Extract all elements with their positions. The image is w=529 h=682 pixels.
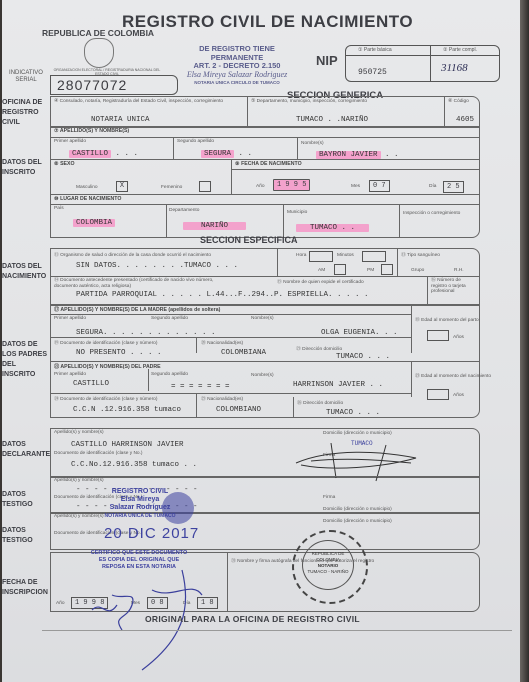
minutes-field[interactable] [362,251,386,262]
nip-compl-label: ② Parte compl. [431,46,499,56]
father-first-surname-value: CASTILLO [73,380,109,388]
nip-compl-value: 31168 [441,62,468,74]
female-label: Femenino [161,185,182,190]
document-label: ⑭ Documento antecedente presentado (cert… [54,278,224,289]
male-checkbox[interactable]: X [116,181,128,192]
stamp-line: CERTIFICO QUE ESTE DOCUMENTO [74,550,204,557]
mother-age-unit: Años [453,335,464,340]
serial-box: 28077072 [50,75,178,95]
stamp-line: REGISTRO CIVIL [80,488,200,496]
department-label: Departamento [169,208,199,213]
declarant-box: Apellido(s) y nombre(s) CASTILLO HARRINS… [50,428,480,478]
stamp-line: NOTARIA UNICA DE TUMACO [80,512,200,520]
mother-second-surname-label: Segundo apellido [151,316,188,321]
side-label-office: OFICINA DE REGISTRO CIVIL [2,98,48,128]
father-nationality-value: COLOMBIANO [216,406,261,414]
mother-names-value: OLGA EUGENIA. . . [321,329,398,337]
side-label-parents: DATOS DE LOS PADRES DEL INSCRITO [2,340,48,380]
mother-id-value: NO PRESENTO . . . . [76,349,162,357]
stamp-line: Salazar Rodríguez [80,504,200,512]
issuer-label: ⑮ Nombre de quien expide el certificado [277,278,364,285]
birth-year-value: 1 9 9 5 [273,179,310,191]
father-age-field[interactable] [427,389,449,400]
document-value: PARTIDA PARROQUIAL . . . . . L.44...F..2… [76,291,369,299]
side-label-registration-date: FECHA DE INSCRIPCION [2,578,48,598]
first-surname-value: CASTILLO . . . [69,150,138,158]
blood-type-label: ⑬ Tipo sanguíneo [401,251,440,258]
am-checkbox[interactable] [334,264,346,275]
notary-stamp-header: DE REGISTRO TIENE PERMANENTE ART. 2 - DE… [172,45,302,88]
blood-group-label: Grupo [411,268,424,273]
birth-day-label: Día [429,184,436,189]
office-type-value: NOTARIA UNICA [91,116,150,124]
office-box: ④ Consulado, notaría, Registraduría del … [50,96,480,128]
father-nationality-label: ㉕ Nacionalidad(es) [201,395,243,402]
birth-municipality-value: TUMACO . . [296,224,369,232]
witness2-address-label: Domicilio (dirección o municipio) [323,519,392,524]
serial-value: 28077072 [57,77,127,93]
stamp-line: Elsa Mireya Salazar Rodriguez [172,71,302,80]
nip-label: NIP [316,53,338,68]
second-surname-value: SEGURA . . [201,150,252,158]
blood-rh-label: R.H. [454,268,464,273]
father-names-value: HARRINSON JAVIER . . [293,381,383,389]
father-second-surname-label: Segundo apellido [151,372,188,377]
birth-day-value: 2 5 [443,181,464,193]
father-second-surname-value: = = = = = = = [171,383,230,391]
registrant-box: ⑦ APELLIDO(S) Y NOMBRE(S) Primer apellid… [50,126,480,238]
birth-department-value: NARIÑO [183,222,246,230]
mother-nationality-label: ⑳ Nacionalidad(es) [201,339,243,346]
birth-year-label: Año [256,184,265,189]
witness1-signature-label: Firma [323,495,335,500]
country-name: REPUBLICA DE COLOMBIA [42,28,154,38]
stamp-line: Elsa Mireya [80,496,200,504]
inspection-label: Inspección o corregimiento [403,211,460,216]
declarant-address-label: Domicilio (dirección o municipio) [323,431,392,436]
father-first-surname-label: Primer apellido [54,372,86,377]
office-code-label: ⑥ Código [448,99,469,104]
hour-field[interactable] [309,251,333,262]
stamp-line: NOTARIA UNICA CIRCULO DE TUMACO [172,79,302,88]
date-stamp: 20 DIC 2017 [104,525,199,542]
father-id-value: C.C.N .12.916.358 tumaco [73,406,181,414]
male-label: Masculino [76,185,98,190]
registry-civil-stamp: REGISTRO CIVIL Elsa Mireya Salazar Rodrí… [80,488,200,520]
mother-names-label: Nombre(s) [251,316,274,321]
birth-country-value: COLOMBIA [73,219,115,227]
birth-date-label: ⑨ FECHA DE NACIMIENTO [235,161,302,167]
mother-address-value: TUMACO . . . [336,353,390,361]
license-label: ⑯ Número de registro o tarjeta profesion… [431,278,477,295]
side-label-witness1: DATOS TESTIGO [2,490,48,510]
declarant-names-label: Apellido(s) y nombre(s) [54,430,104,435]
side-label-birth: DATOS DEL NACIMIENTO [2,262,48,282]
hour-label: Hora [296,253,306,258]
registrant-names-label: ⑦ APELLIDO(S) Y NOMBRE(S) [54,128,129,134]
facility-value: SIN DATOS. . . . . . . .TUMACO . . . [76,262,238,270]
nip-basic-value: 950725 [358,68,387,77]
office-location-label: ⑤ Departamento, municipio, inspección, c… [251,99,367,104]
office-code-value: 4605 [456,116,474,124]
footer-note: ORIGINAL PARA LA OFICINA DE REGISTRO CIV… [145,614,360,624]
mother-first-surname-value: SEGURA. . . . . . . . . . . . . [76,329,216,337]
mother-first-surname-label: Primer apellido [54,316,86,321]
mother-id-label: ⑲ Documento de identificación (clase y n… [54,339,157,346]
nip-box: ① Parte básica 950725 ② Parte compl. 311… [345,45,500,82]
am-label: AM [318,268,325,273]
coat-of-arms-icon [84,38,114,68]
father-address-value: TUMACO . . . [326,409,380,417]
side-label-declarant: DATOS DECLARANTE [2,440,48,460]
serial-label: INDICATIVO SERIAL [6,70,46,84]
country-label: País [54,206,64,211]
seal-line: REPUBLICA DE COLOMBIA [303,551,353,563]
declarant-id-value: C.C.No.12.916.358 tumaco . . [71,461,197,469]
first-surname-label: Primer apellido [54,139,86,144]
office-location-value: TUMACO . .NARIÑO [296,116,368,124]
mother-nationality-value: COLOMBIANA [221,349,266,357]
declarant-id-label: Documento de identificación (clase y No.… [54,451,143,456]
mother-address-label: ㉑ Dirección domicilio [296,345,342,352]
father-age-label: ㉓ Edad al momento del nacimiento [415,372,491,379]
declarant-names-value: CASTILLO HARRINSON JAVIER [71,441,184,449]
document-title: REGISTRO CIVIL DE NACIMIENTO [122,12,413,32]
minutes-label: Minutos [337,253,354,258]
given-names-label: Nombre(s) [301,141,324,146]
nip-basic-label: ① Parte básica [346,46,430,56]
birth-month-value: 0 7 [369,180,390,192]
facility-label: ⑪ Organismo de salud o dirección de la c… [54,251,211,258]
section-specific-heading: SECCION ESPECIFICA [200,235,298,245]
female-checkbox[interactable] [199,181,211,192]
witness1-names-label: Apellido(s) y nombre(s) [54,478,104,483]
side-label-witness2: DATOS TESTIGO [2,526,48,546]
father-age-unit: Años [453,393,464,398]
given-names-value: BAYRON JAVIER . . [316,151,399,159]
pm-label: PM [367,268,374,273]
mother-age-label: ⑱ Edad al momento del parto [415,316,479,323]
birthplace-label: ⑩ LUGAR DE NACIMIENTO [54,196,121,202]
side-label-registrant: DATOS DEL INSCRITO [2,158,48,178]
pm-checkbox[interactable] [381,264,393,275]
father-header: ㉒ APELLIDO(S) Y NOMBRE(S) DEL PADRE [54,363,161,370]
second-surname-label: Segundo apellido [177,139,214,144]
seal-line: TUMACO - NARIÑO [303,569,353,575]
registration-year-label: Año [56,601,65,606]
mother-age-field[interactable] [427,330,449,341]
birth-month-label: Mes [351,184,360,189]
office-type-label: ④ Consulado, notaría, Registraduría del … [54,99,223,104]
background-edge [520,0,529,682]
mother-header: ⑰ APELLIDO(S) Y NOMBRE(S) DE LA MADRE (a… [54,306,220,313]
father-address-label: ㉖ Dirección domicilio [297,399,343,406]
birth-box: ⑪ Organismo de salud o dirección de la c… [50,248,480,306]
municipality-label: Municipio [287,210,307,215]
birth-certificate-document: REGISTRO CIVIL DE NACIMIENTO REPUBLICA D… [2,0,520,682]
notary-seal: REPUBLICA DE COLOMBIA NOTARIO TUMACO - N… [292,530,368,604]
father-id-label: ㉔ Documento de identificación (clase y n… [54,395,157,402]
sex-label: ⑧ SEXO [54,161,75,167]
parents-box: ⑰ APELLIDO(S) Y NOMBRE(S) DE LA MADRE (a… [50,304,480,418]
father-names-label: Nombre(s) [251,373,274,378]
